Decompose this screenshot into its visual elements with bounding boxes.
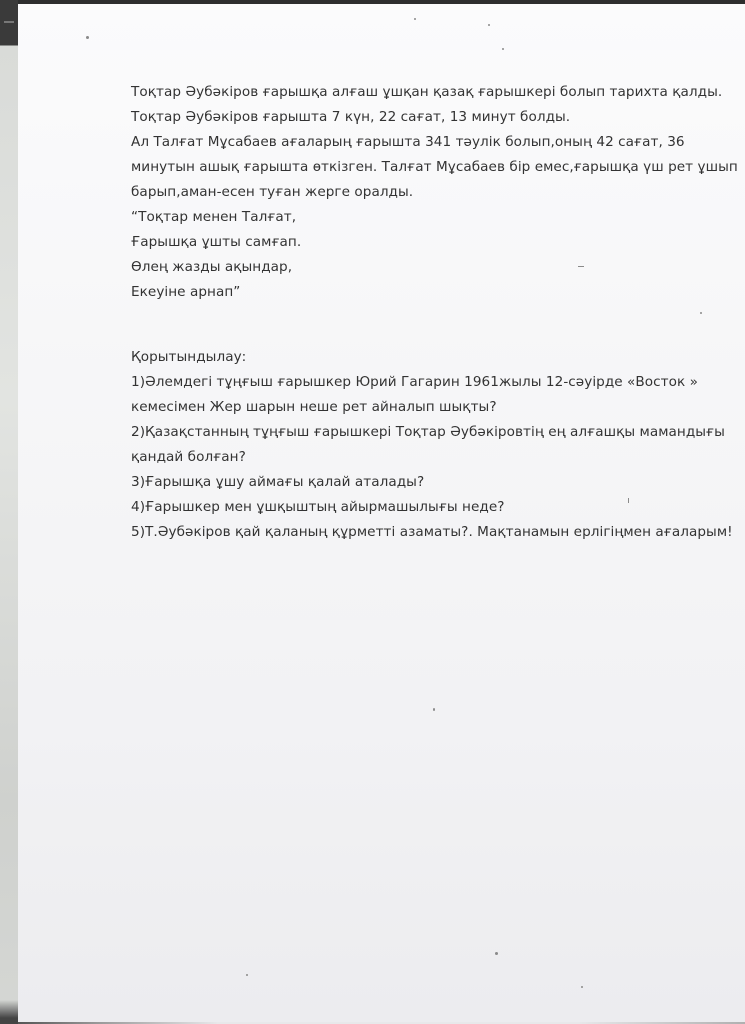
poem: “Тоқтар менен Талғат, Ғарышқа ұшты самға… (131, 205, 731, 305)
text-line: минутын ашық ғарышта өткізген. Талғат Мұ… (131, 155, 731, 180)
question-line: 2)Қазақстанның тұңғыш ғарышкері Тоқтар Ә… (131, 420, 731, 445)
question-line: 3)Ғарышқа ұшу аймағы қалай аталады? (131, 470, 731, 495)
question-item: 5)Т.Әубәкіров қай қаланың құрметті азама… (131, 520, 731, 545)
question-line: 5)Т.Әубәкіров қай қаланың құрметті азама… (131, 520, 731, 545)
scan-edge-mark (4, 21, 14, 23)
question-line: кемесімен Жер шарын неше рет айналып шық… (131, 395, 731, 420)
document-body: Тоқтар Әубәкіров ғарышқа алғаш ұшқан қаз… (131, 80, 731, 545)
text-line: Тоқтар Әубәкіров ғарышта 7 күн, 22 сағат… (131, 105, 731, 130)
text-line: Тоқтар Әубәкіров ғарышқа алғаш ұшқан қаз… (131, 80, 731, 105)
scan-speck (433, 708, 435, 711)
question-item: 1)Әлемдегі тұңғыш ғарышкер Юрий Гагарин … (131, 370, 731, 420)
scan-speck (246, 974, 248, 976)
scan-speck (488, 24, 490, 26)
intro-paragraph: Тоқтар Әубәкіров ғарышқа алғаш ұшқан қаз… (131, 80, 731, 205)
scan-speck (414, 18, 416, 20)
scan-speck (502, 48, 504, 50)
question-item: 2)Қазақстанның тұңғыш ғарышкері Тоқтар Ә… (131, 420, 731, 470)
poem-line: Екеуіне арнап” (131, 280, 731, 305)
poem-line: Ғарышқа ұшты самғап. (131, 230, 731, 255)
scan-speck (495, 952, 498, 955)
question-line: 4)Ғарышкер мен ұшқыштың айырмашылығы нед… (131, 495, 731, 520)
scan-top-edge (0, 0, 745, 4)
scan-speck (581, 986, 583, 988)
text-line: барып,аман-есен туған жерге оралды. (131, 180, 731, 205)
section-gap (131, 305, 731, 345)
text-line: Ал Талғат Мұсабаев ағаларың ғарышта 341 … (131, 130, 731, 155)
question-list: 1)Әлемдегі тұңғыш ғарышкер Юрий Гагарин … (131, 370, 731, 545)
poem-line: “Тоқтар менен Талғат, (131, 205, 731, 230)
scan-speck (86, 36, 89, 39)
question-line: 1)Әлемдегі тұңғыш ғарышкер Юрий Гагарин … (131, 370, 731, 395)
poem-line: Өлең жазды ақындар, (131, 255, 731, 280)
question-item: 4)Ғарышкер мен ұшқыштың айырмашылығы нед… (131, 495, 731, 520)
scan-left-edge (0, 0, 18, 1024)
question-line: қандай болған? (131, 445, 731, 470)
question-item: 3)Ғарышқа ұшу аймағы қалай аталады? (131, 470, 731, 495)
scanned-page: Тоқтар Әубәкіров ғарышқа алғаш ұшқан қаз… (18, 4, 745, 1022)
summary-heading: Қорытындылау: (131, 345, 731, 370)
